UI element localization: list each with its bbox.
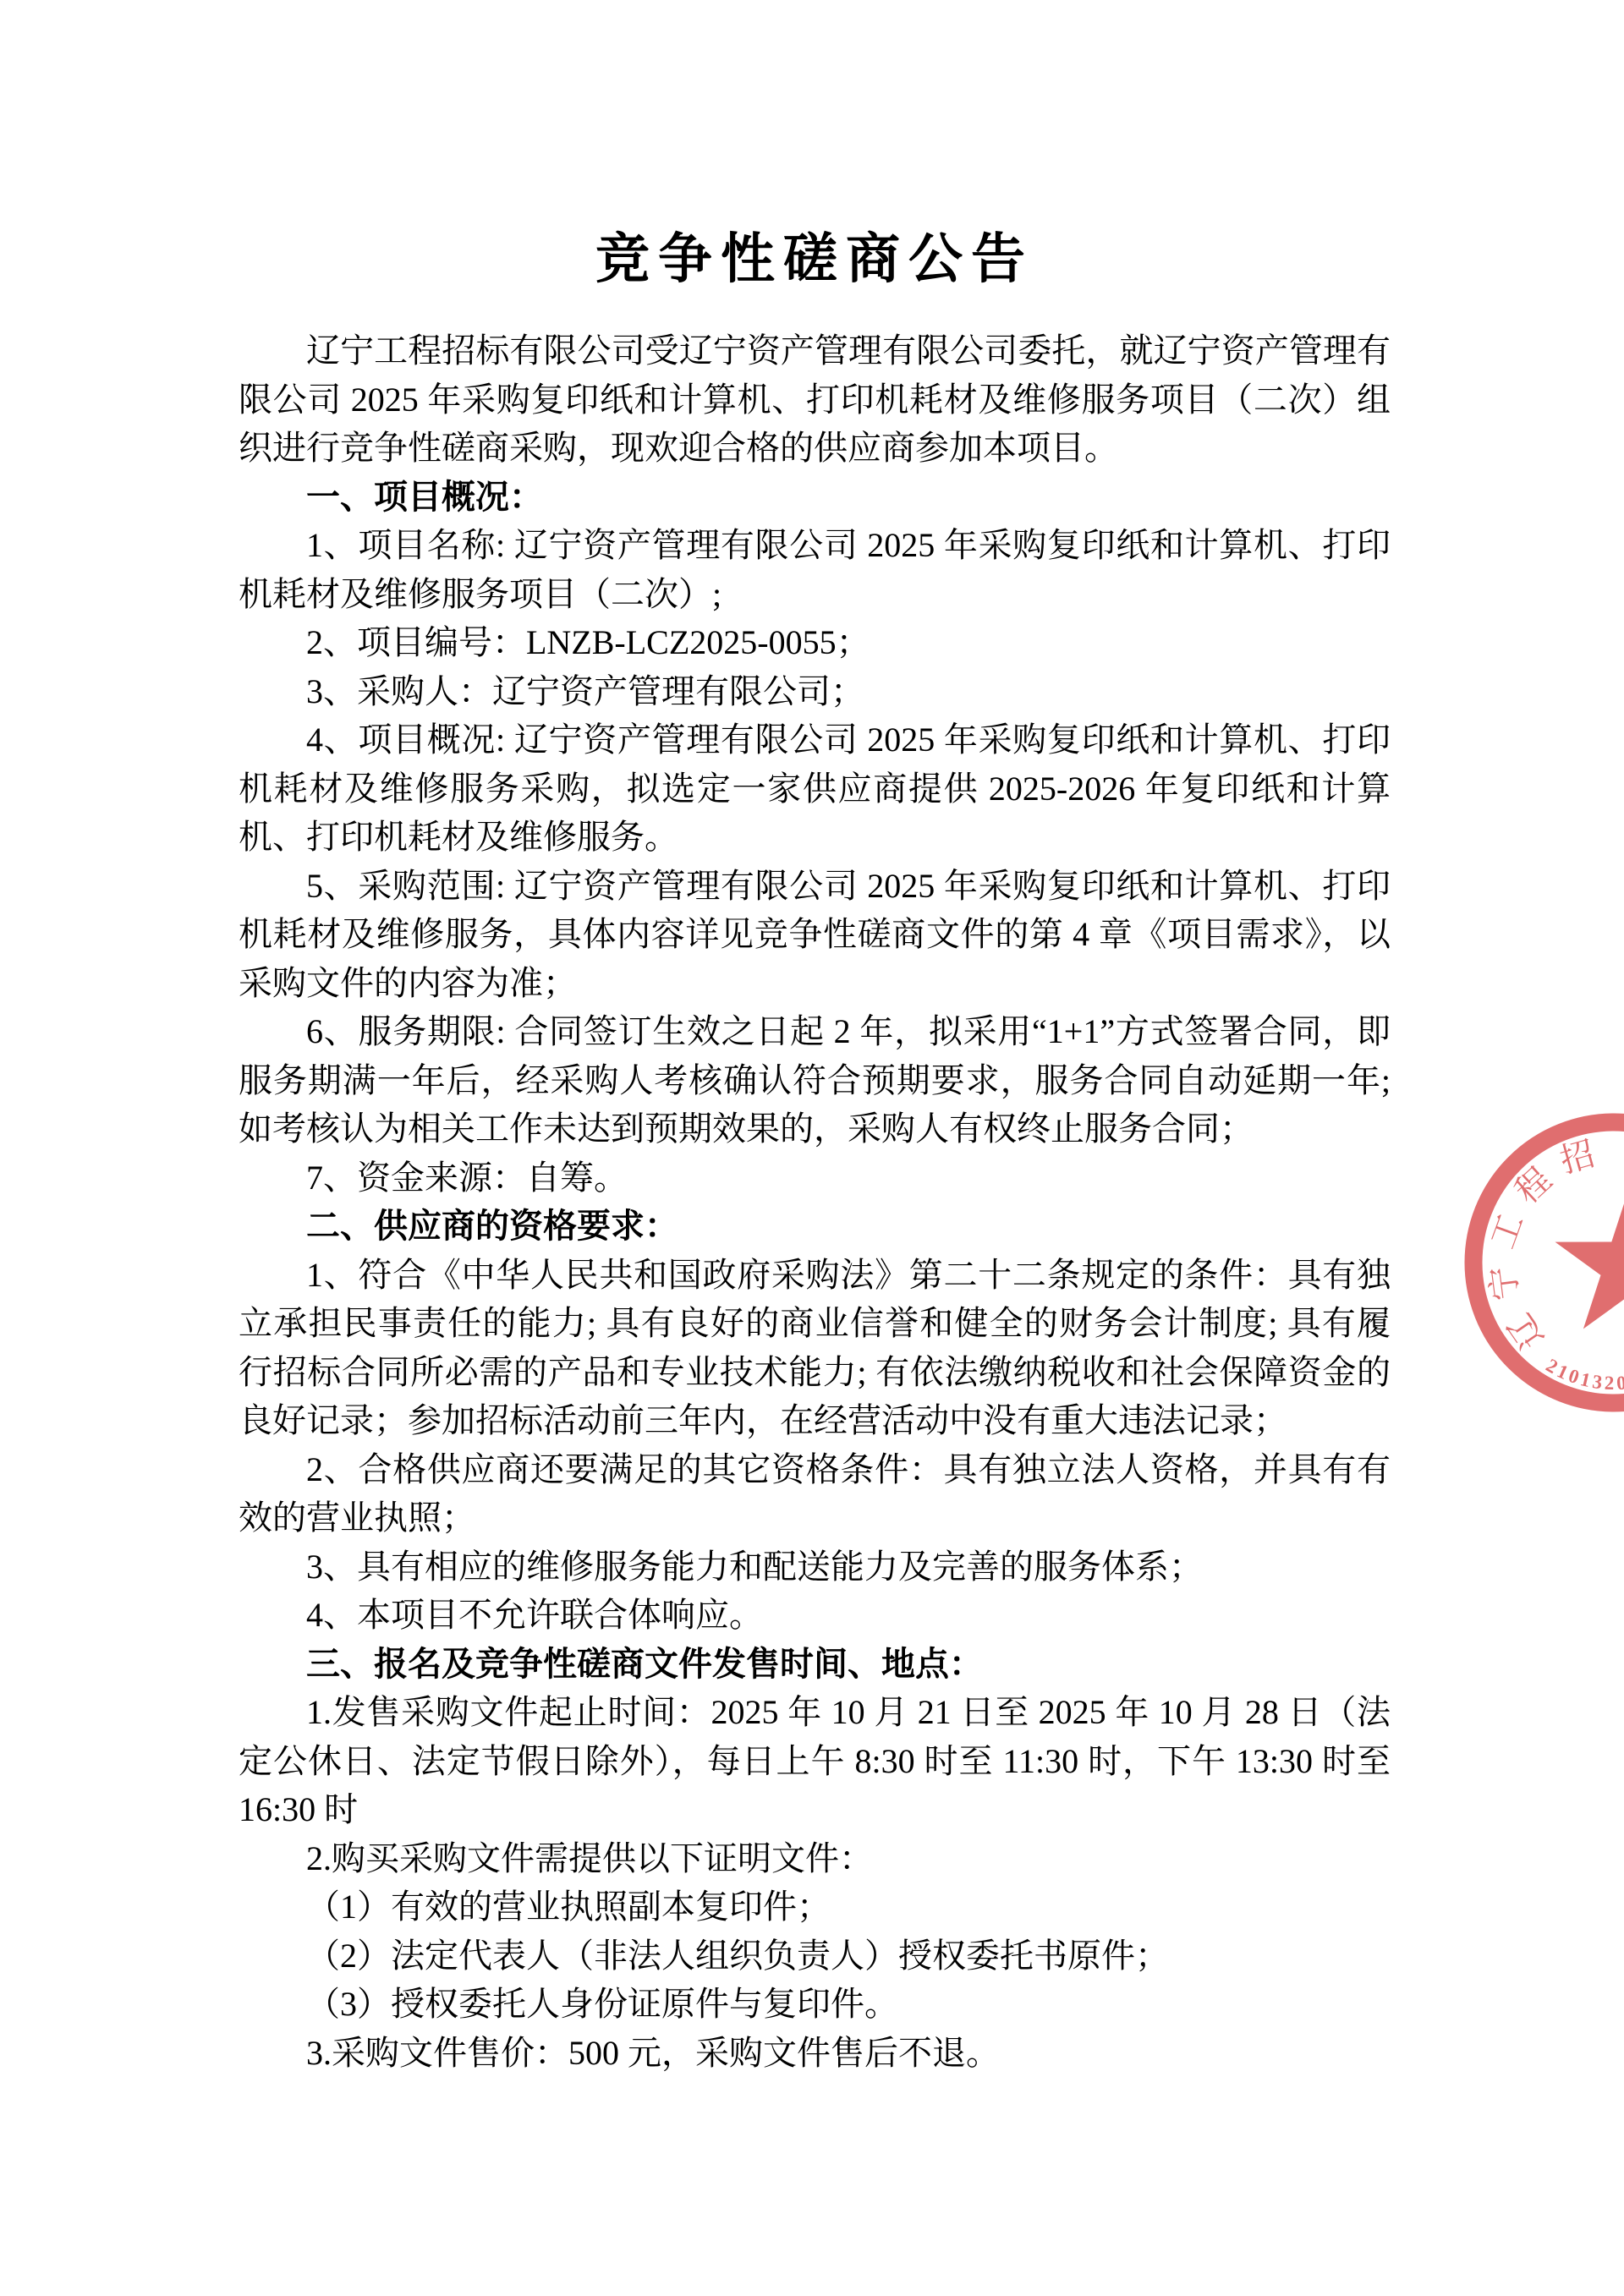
document-content: 竞争性磋商公告 辽宁工程招标有限公司受辽宁资产管理有限公司委托，就辽宁资产管理有… [239, 227, 1391, 2077]
paragraph: 2、项目编号：LNZB-LCZ2025-0055； [239, 618, 1391, 667]
paragraph: 6、服务期限: 合同签订生效之日起 2 年，拟采用“1+1”方式签署合同，即服务… [239, 1007, 1391, 1153]
svg-text:辽宁工程招: 辽宁工程招 [1482, 1131, 1612, 1356]
document-page: 竞争性磋商公告 辽宁工程招标有限公司受辽宁资产管理有限公司委托，就辽宁资产管理有… [0, 0, 1624, 2296]
paragraph: 7、资金来源：自筹。 [239, 1153, 1391, 1203]
paragraph: 2、合格供应商还要满足的其它资格条件：具有独立法人资格，并具有有效的营业执照； [239, 1445, 1391, 1543]
section-heading: 一、项目概况： [239, 473, 1391, 522]
paragraph: 1.发售采购文件起止时间：2025 年 10 月 21 日至 2025 年 10… [239, 1688, 1391, 1834]
paragraph: 5、采购范围: 辽宁资产管理有限公司 2025 年采购复印纸和计算机、打印机耗材… [239, 862, 1391, 1008]
document-title: 竞争性磋商公告 [239, 227, 1391, 293]
section-heading: 二、供应商的资格要求： [239, 1202, 1391, 1251]
seal-arc-text: 辽宁工程招 [1482, 1131, 1612, 1356]
paragraph: 1、符合《中华人民共和国政府采购法》第二十二条规定的条件：具有独立承担民事责任的… [239, 1251, 1391, 1445]
paragraph: 1、项目名称: 辽宁资产管理有限公司 2025 年采购复印纸和计算机、打印机耗材… [239, 521, 1391, 618]
seal-serial-number: 21013200 [1543, 1355, 1624, 1394]
paragraph: 4、本项目不允许联合体响应。 [239, 1591, 1391, 1640]
paragraph: （1）有效的营业执照副本复印件； [239, 1882, 1391, 1932]
paragraph: 3、具有相应的维修服务能力和配送能力及完善的服务体系； [239, 1543, 1391, 1592]
paragraph: 3.采购文件售价：500 元，采购文件售后不退。 [239, 2029, 1391, 2078]
svg-text:21013200: 21013200 [1543, 1355, 1624, 1394]
paragraph: 辽宁工程招标有限公司受辽宁资产管理有限公司委托，就辽宁资产管理有限公司 2025… [239, 326, 1391, 473]
star-icon [1555, 1188, 1624, 1329]
official-seal: 辽宁工程招 21013200 [1426, 1059, 1624, 1463]
paragraph: 2.购买采购文件需提供以下证明文件： [239, 1834, 1391, 1883]
paragraph: 4、项目概况: 辽宁资产管理有限公司 2025 年采购复印纸和计算机、打印机耗材… [239, 715, 1391, 862]
section-heading: 三、报名及竞争性磋商文件发售时间、地点： [239, 1640, 1391, 1689]
paragraph: （2）法定代表人（非法人组织负责人）授权委托书原件； [239, 1932, 1391, 1981]
paragraph: （3）授权委托人身份证原件与复印件。 [239, 1980, 1391, 2029]
seal-ring [1473, 1122, 1624, 1403]
paragraph: 3、采购人：辽宁资产管理有限公司； [239, 667, 1391, 716]
